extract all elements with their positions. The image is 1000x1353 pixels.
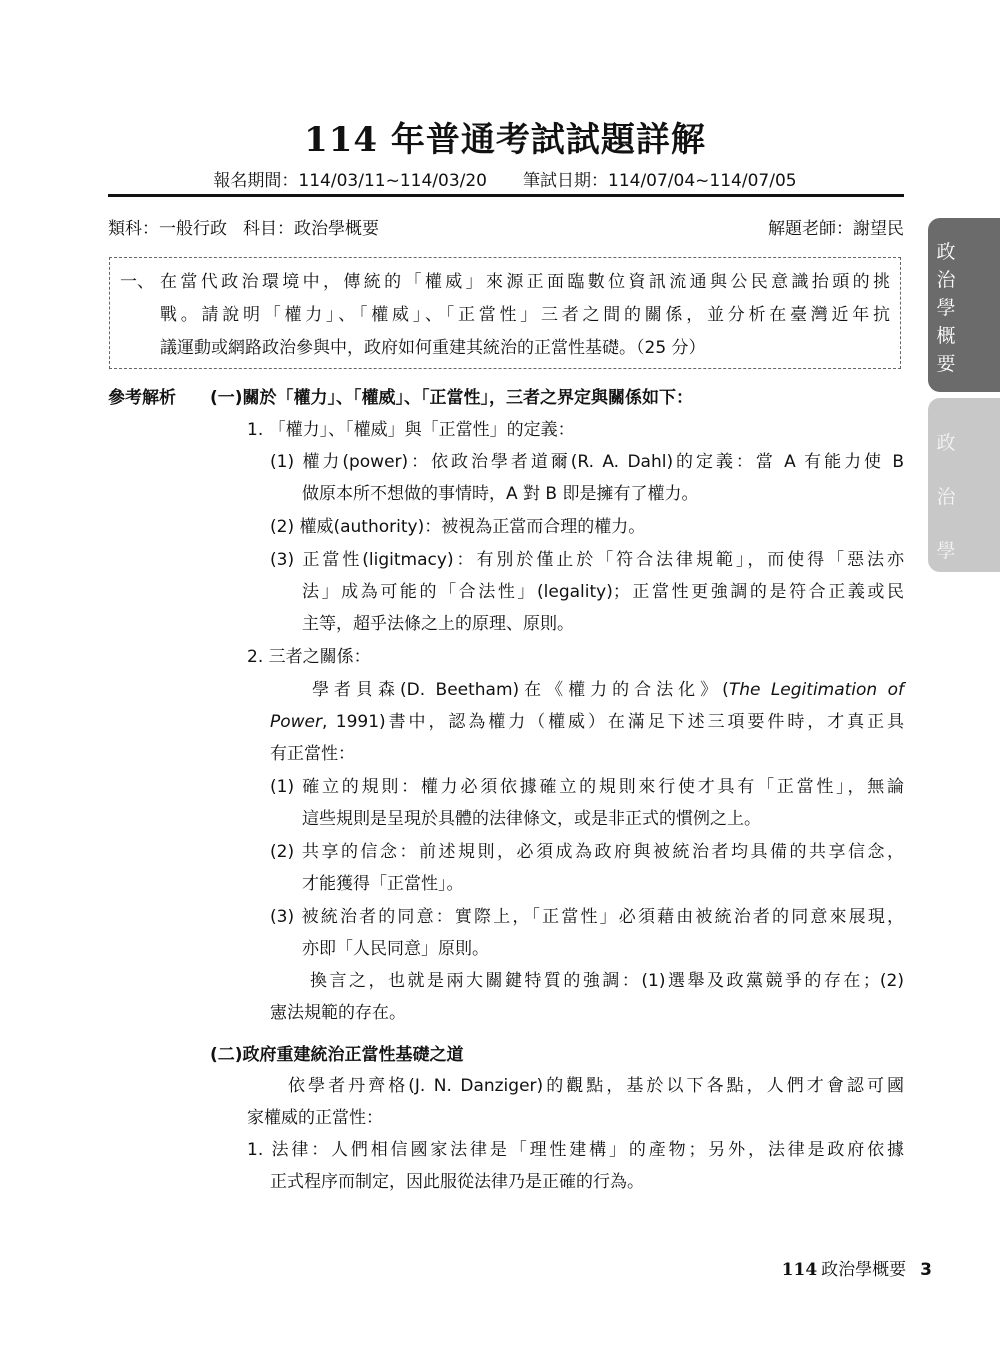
requirement-consent-cont: 亦即「人民同意」原則。 bbox=[302, 934, 489, 959]
summary: 換言之，也就是兩大關鍵特質的強調：(1)選舉及政黨競爭的存在；(2) bbox=[310, 966, 904, 991]
requirement-rules: (1) 確立的規則：權力必須依據確立的規則來行使才具有「正當性」，無論 bbox=[270, 772, 904, 797]
question-line: 在當代政治環境中，傳統的「權威」來源正面臨數位資訊流通與公民意識抬頭的挑 bbox=[120, 266, 890, 299]
law-point: 1. 法律：人們相信國家法律是「理性建構」的產物；另外，法律是政府依據 bbox=[247, 1135, 904, 1160]
page-title: 114 年普通考試試題詳解 bbox=[0, 112, 1000, 161]
summary-cont: 憲法規範的存在。 bbox=[270, 998, 406, 1023]
section-1-heading: (一)關於「權力」、「權威」、「正當性」，三者之界定與關係如下： bbox=[210, 383, 693, 408]
beetham-intro-cont: 有正當性： bbox=[270, 739, 355, 764]
question-line: 戰。請說明「權力」、「權威」、「正當性」三者之間的關係，並分析在臺灣近年抗 bbox=[120, 299, 890, 332]
danziger-intro: 依學者丹齊格(J. N. Danziger)的觀點，基於以下各點，人們才會認可國 bbox=[288, 1071, 904, 1096]
registration-period: 報名期間：114/03/11~114/03/20 bbox=[213, 171, 487, 191]
page-footer: 114政治學概要3 bbox=[782, 1255, 932, 1280]
exam-dates: 報名期間：114/03/11~114/03/20筆試日期：114/07/04~1… bbox=[0, 166, 1000, 191]
footer-year: 114 bbox=[782, 1260, 818, 1280]
teacher: 解題老師：謝望民 bbox=[768, 214, 904, 239]
subject-info: 類科：一般行政科目：政治學概要 bbox=[108, 214, 379, 239]
question-number: 一、 bbox=[120, 266, 154, 299]
definition-legitimacy-cont: 主等，超乎法條之上的原理、原則。 bbox=[302, 609, 574, 634]
footer-subject: 政治學概要 bbox=[821, 1260, 906, 1280]
beetham-intro: 學者貝森(D. Beetham)在《權力的合法化》(The Legitimati… bbox=[312, 675, 904, 700]
item-2-heading: 2. 三者之關係： bbox=[247, 642, 371, 667]
category: 類科：一般行政 bbox=[108, 219, 227, 239]
exam-date: 筆試日期：114/07/04~114/07/05 bbox=[523, 171, 797, 191]
item-1-heading: 1. 「權力」、「權威」與「正當性」的定義： bbox=[247, 415, 575, 440]
danziger-intro-cont: 家權威的正當性： bbox=[247, 1103, 383, 1128]
answer-label: 參考解析 bbox=[108, 383, 176, 408]
requirement-consent: (3) 被統治者的同意：實際上，「正當性」必須藉由被統治者的同意來展現， bbox=[270, 902, 904, 927]
requirement-beliefs: (2) 共享的信念：前述規則，必須成為政府與被統治者均具備的共享信念， bbox=[270, 837, 904, 862]
definition-legitimacy: (3) 正當性(ligitmacy)：有別於僅止於「符合法律規範」，而使得「惡法… bbox=[270, 545, 904, 570]
definition-legitimacy-cont: 法」成為可能的「合法性」(legality)；正當性更強調的是符合正義或民 bbox=[302, 577, 904, 602]
definition-authority: (2) 權威(authority)：被視為正當而合理的權力。 bbox=[270, 512, 645, 537]
side-tab-politics-overview: 政 治 學 概 要 bbox=[928, 218, 1000, 392]
side-tab-label: 政 治 學 bbox=[936, 416, 956, 578]
section-2-heading: (二)政府重建統治正當性基礎之道 bbox=[210, 1040, 464, 1065]
subject: 科目：政治學概要 bbox=[243, 219, 379, 239]
definition-power-cont: 做原本所不想做的事情時，A 對 B 即是擁有了權力。 bbox=[302, 479, 699, 504]
side-tab-label: 政 治 學 概 要 bbox=[936, 238, 956, 378]
definition-power: (1) 權力(power)：依政治學者道爾(R. A. Dahl)的定義：當 A… bbox=[270, 447, 904, 472]
requirement-rules-cont: 這些規則是呈現於具體的法律條文，或是非正式的慣例之上。 bbox=[302, 804, 761, 829]
header-divider bbox=[108, 194, 904, 197]
question-line: 議運動或網路政治參與中，政府如何重建其統治的正當性基礎。（25 分） bbox=[120, 332, 890, 365]
page-number: 3 bbox=[920, 1260, 932, 1280]
requirement-beliefs-cont: 才能獲得「正當性」。 bbox=[302, 869, 464, 894]
beetham-intro-cont: Power, 1991)書中，認為權力（權威）在滿足下述三項要件時，才真正具 bbox=[270, 707, 904, 732]
side-tab-politics: 政 治 學 bbox=[928, 398, 1000, 572]
law-point-cont: 正式程序而制定，因此服從法律乃是正確的行為。 bbox=[270, 1167, 644, 1192]
question-box: 一、 在當代政治環境中，傳統的「權威」來源正面臨數位資訊流通與公民意識抬頭的挑 … bbox=[109, 257, 901, 369]
